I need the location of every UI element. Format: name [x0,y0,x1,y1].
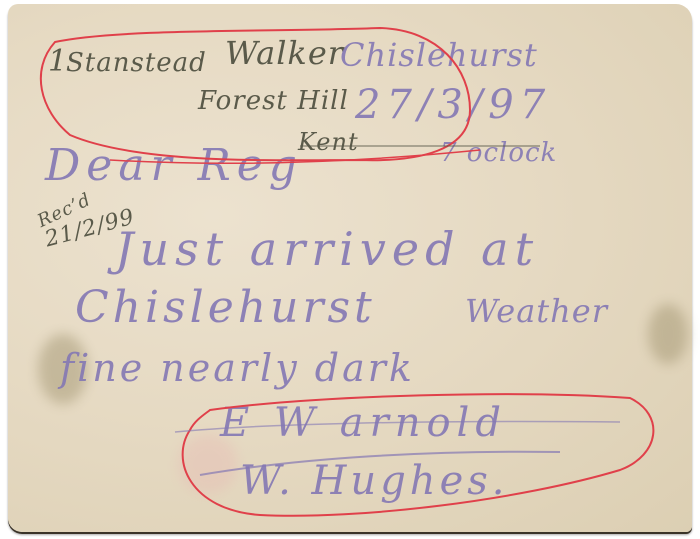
address-line2: Forest Hill [198,86,349,116]
message-line1: Just arrived at [115,222,539,276]
message-place: Chislehurst [75,282,376,333]
stain [648,304,688,364]
signature-1: E W arnold [220,400,507,446]
message-weather: Weather [465,292,608,330]
address-street: Stanstead [66,48,207,78]
time: 7 oclock [440,138,557,168]
signature-2: W. Hughes. [240,458,508,504]
address-line3: Kent [298,128,359,156]
address-overwrite: Walker [225,34,344,72]
salutation: Dear Reg [45,140,303,191]
address-town: Chislehurst [340,36,538,74]
date: 27/3/97 [355,82,551,128]
message-line3: fine nearly dark [60,346,415,390]
